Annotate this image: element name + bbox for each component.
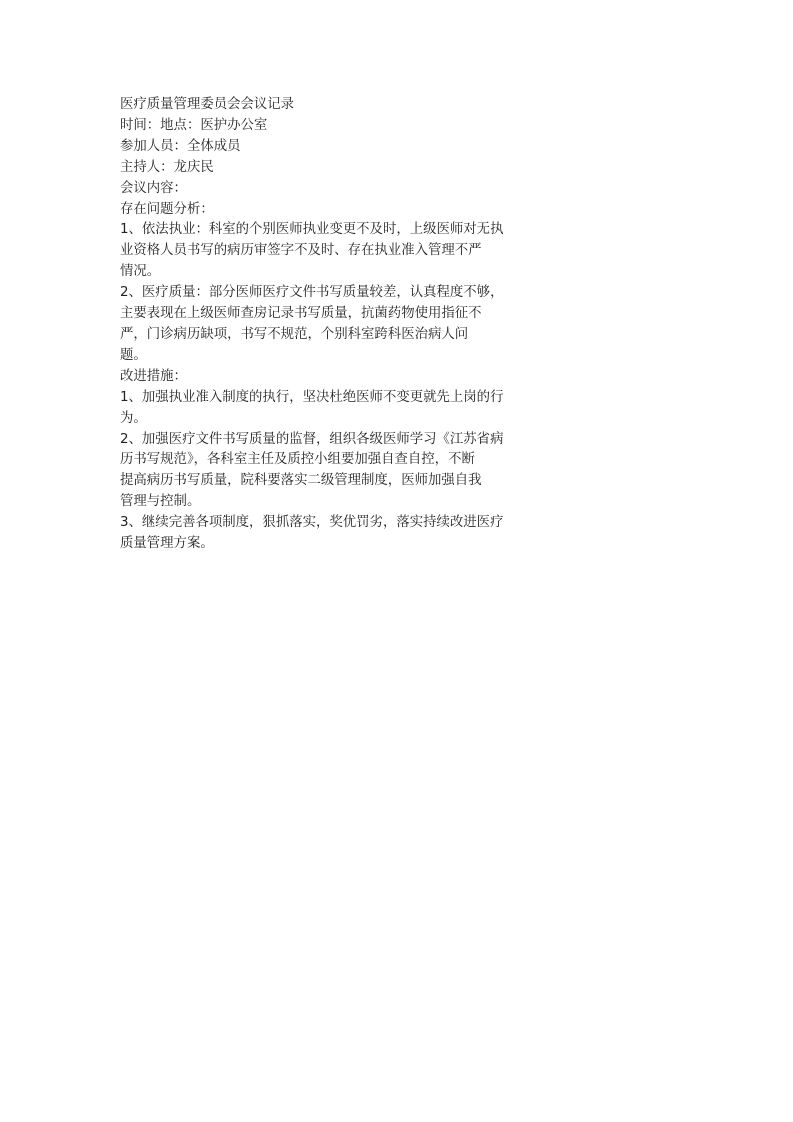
meeting-minutes: 医疗质量管理委员会会议记录 时间：地点：医护办公室 参加人员：全体成员 主持人：… [120, 95, 530, 555]
document-title: 医疗质量管理委员会会议记录 [120, 95, 530, 116]
measure-2-line-1: 2、加强医疗文件书写质量的监督，组织各级医师学习《江苏省病 [120, 430, 530, 451]
document-page: 医疗质量管理委员会会议记录 时间：地点：医护办公室 参加人员：全体成员 主持人：… [0, 0, 793, 1122]
problems-heading: 存在问题分析： [120, 200, 530, 221]
measure-3-line-1: 3、继续完善各项制度，狠抓落实，奖优罚劣，落实持续改进医疗 [120, 513, 530, 534]
problem-2-line-2: 主要表现在上级医师查房记录书写质量，抗菌药物使用指征不 [120, 304, 530, 325]
problem-2-line-4: 题。 [120, 346, 530, 367]
measure-2-line-2: 历书写规范》，各科室主任及质控小组要加强自查自控，不断 [120, 450, 530, 471]
measures-heading: 改进措施： [120, 367, 530, 388]
measure-2-line-4: 管理与控制。 [120, 492, 530, 513]
measure-1-line-1: 1、加强执业准入制度的执行，坚决杜绝医师不变更就先上岗的行 [120, 388, 530, 409]
measure-1-line-2: 为。 [120, 409, 530, 430]
attendees: 参加人员：全体成员 [120, 137, 530, 158]
content-label: 会议内容： [120, 179, 530, 200]
host: 主持人：龙庆民 [120, 158, 530, 179]
measure-2-line-3: 提高病历书写质量，院科要落实二级管理制度，医师加强自我 [120, 471, 530, 492]
measure-3-line-2: 质量管理方案。 [120, 534, 530, 555]
problem-1-line-2: 业资格人员书写的病历审签字不及时、存在执业准入管理不严 [120, 241, 530, 262]
problem-2-line-3: 严，门诊病历缺项，书写不规范，个别科室跨科医治病人问 [120, 325, 530, 346]
problem-1-line-3: 情况。 [120, 262, 530, 283]
problem-2-line-1: 2、医疗质量：部分医师医疗文件书写质量较差，认真程度不够， [120, 283, 530, 304]
problem-1-line-1: 1、依法执业：科室的个别医师执业变更不及时，上级医师对无执 [120, 220, 530, 241]
time-location: 时间：地点：医护办公室 [120, 116, 530, 137]
